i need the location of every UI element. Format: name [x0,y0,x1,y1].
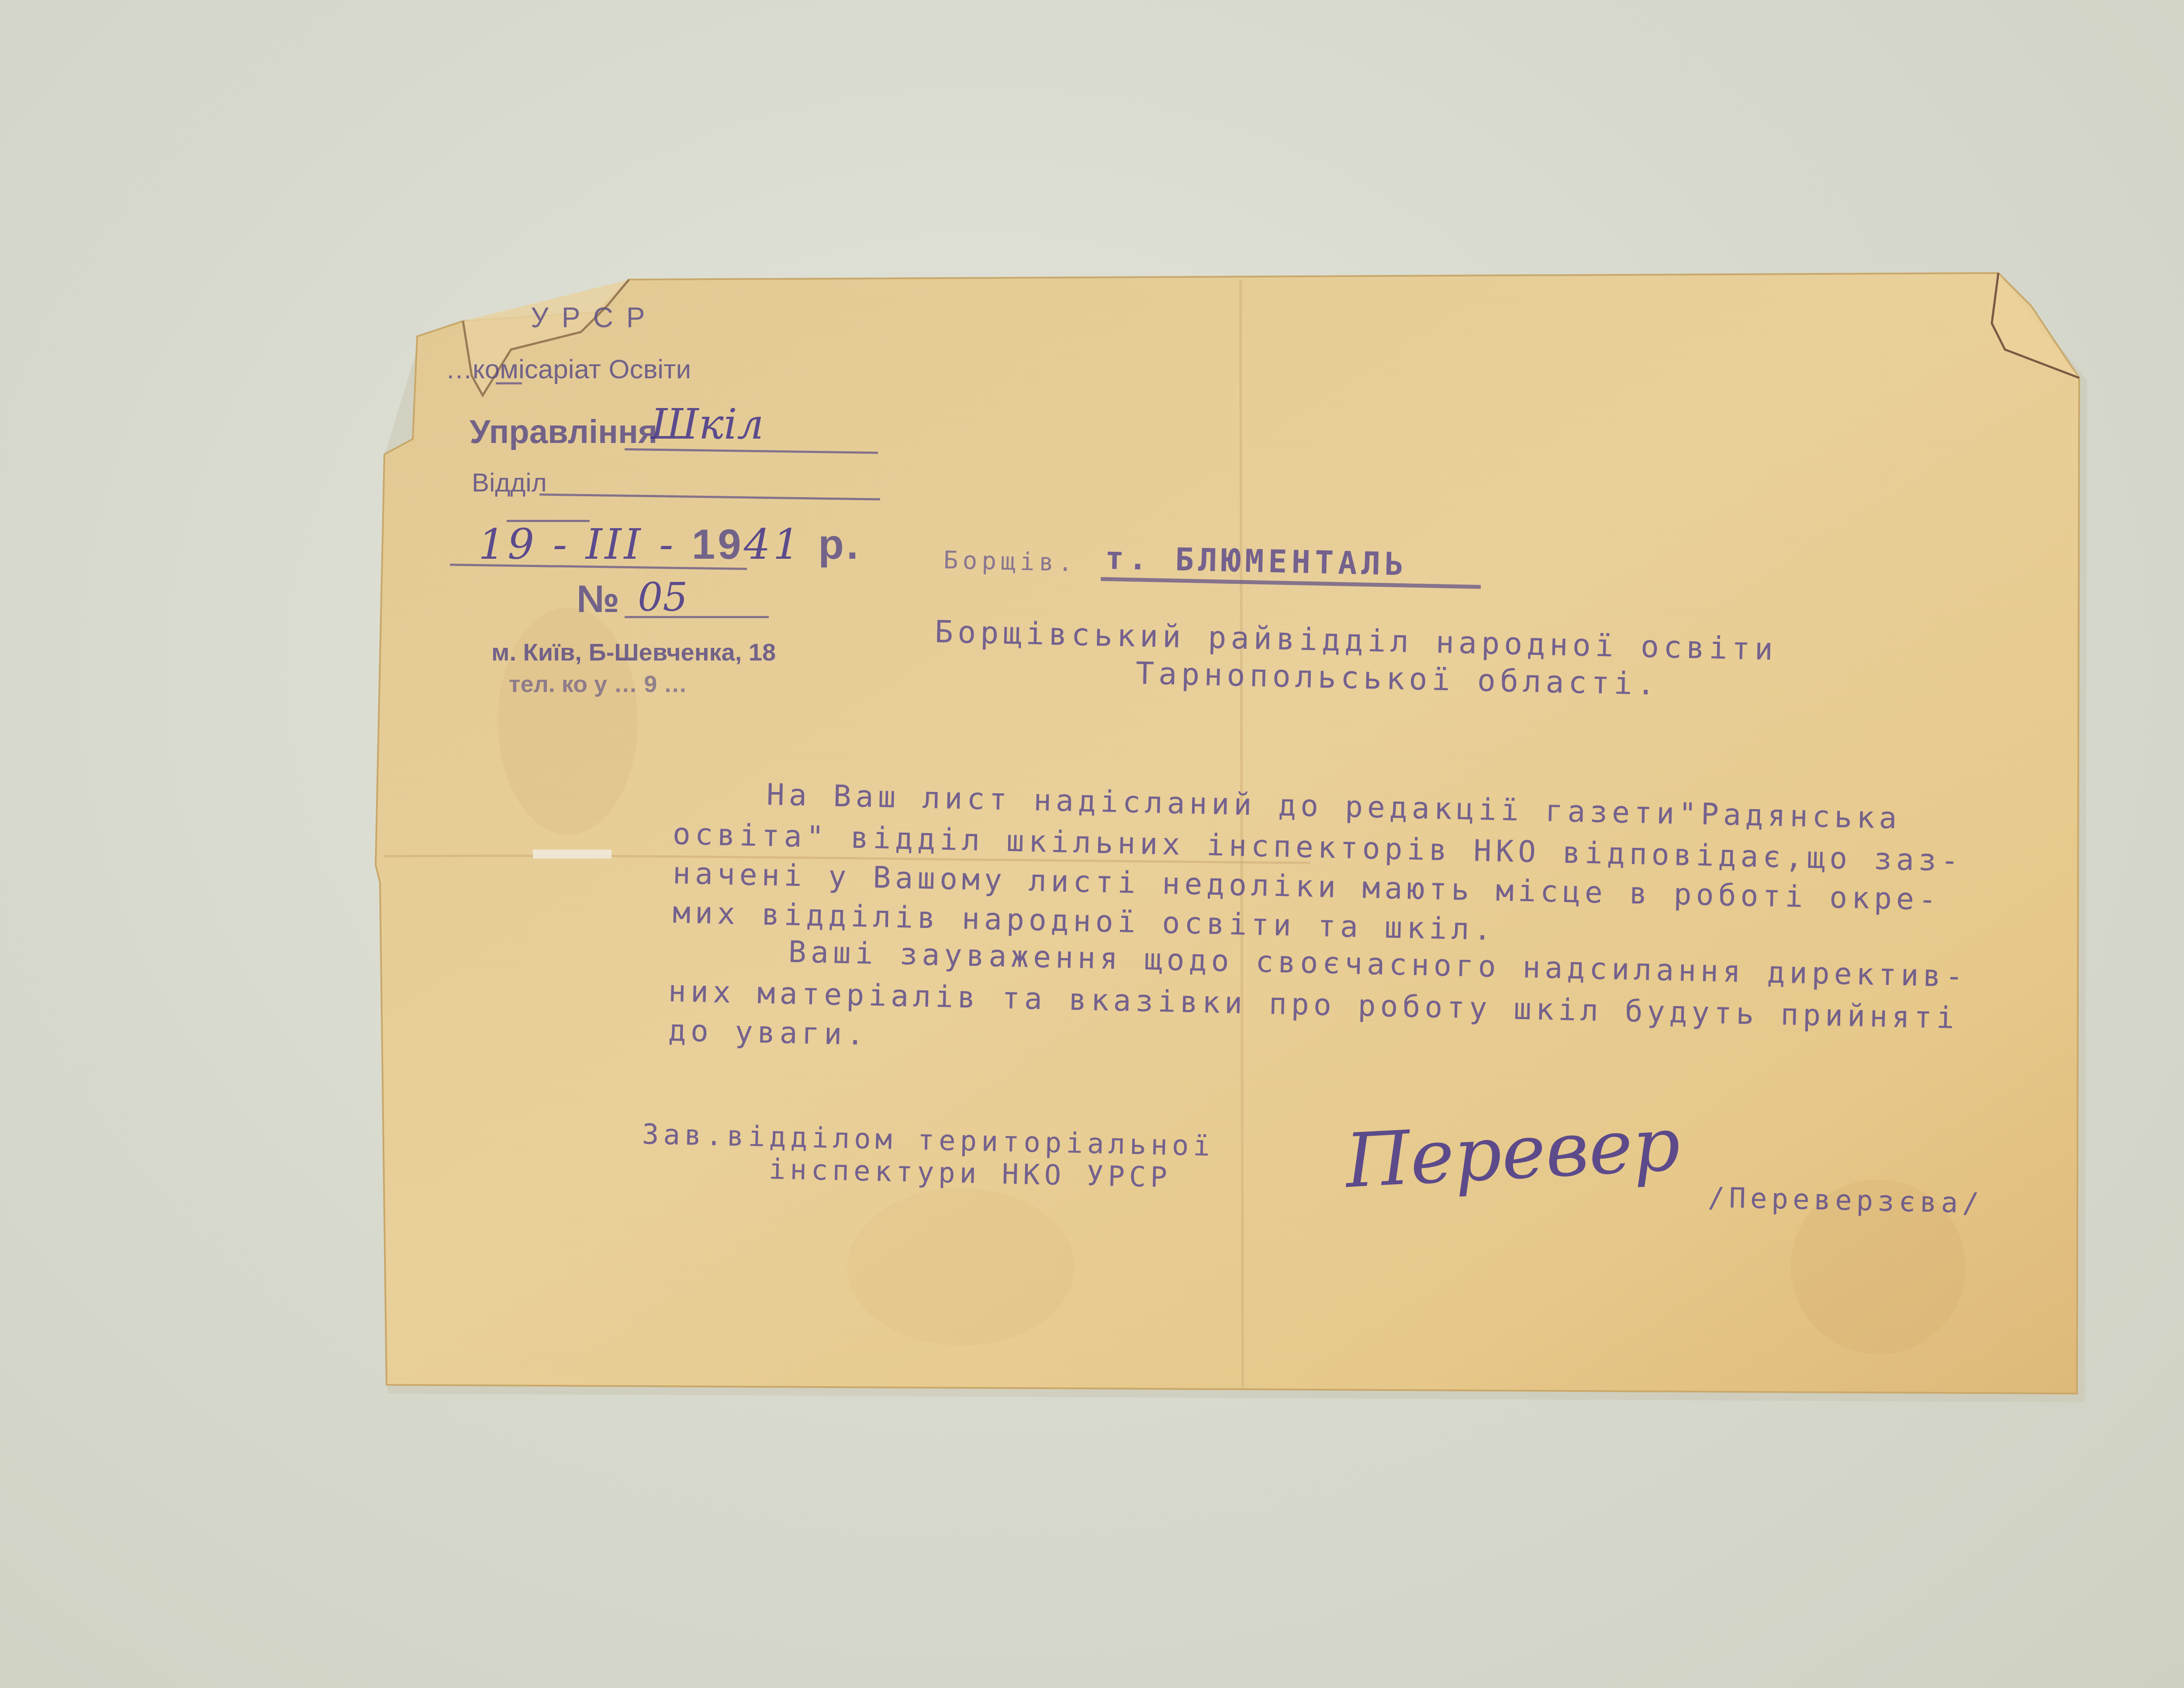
number-label: № [577,577,619,621]
handwritten-signature: Перевер [1343,1101,1682,1205]
letterhead-phone: тел. ко у … 9 … [509,671,687,698]
date-year-letter: р. [818,521,860,568]
letterhead-republic: УРСР [531,301,658,334]
signer-name: /Переверзєва/ [1707,1182,1984,1220]
recipient-name: т. БЛЮМЕНТАЛЬ [1105,540,1408,583]
number-value: 05 [638,574,688,620]
date-year-prefix: 19 [692,521,744,568]
date-month: III [586,520,643,569]
body-line: до уваги. [668,1013,869,1052]
directorate-value: Шкіл [651,400,764,449]
number-line [625,616,769,618]
department-label: Відділ [472,467,547,498]
date-day: 19 [478,520,537,569]
directorate-label: Управління [470,413,657,451]
recipient-place: Борщів. [943,546,1077,577]
letterhead-address: м. Київ, Б-Шевченка, 18 [491,638,776,666]
date-value: 19 - III - 1941 р. [478,520,861,569]
letterhead-commissariat: …комісаріат Освіти [446,354,691,385]
stamp-divider [496,382,522,384]
date-year-suffix: 41 [744,520,802,569]
